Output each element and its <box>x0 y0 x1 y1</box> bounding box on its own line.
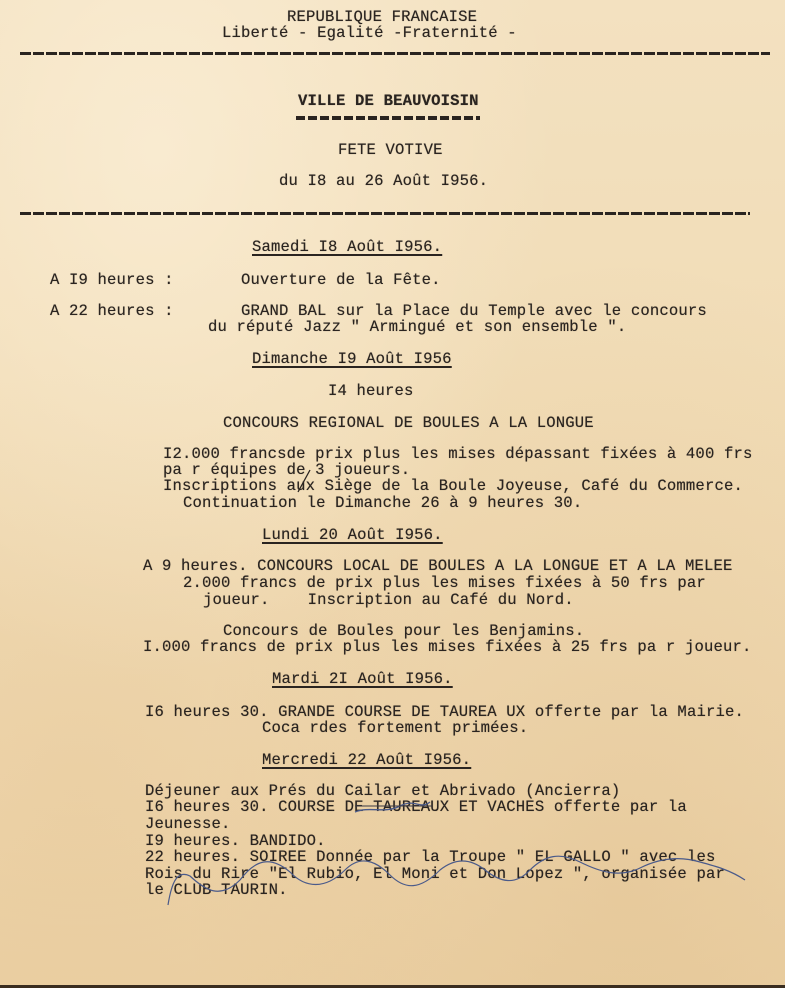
day-heading-mardi: Mardi 2I Août I956. <box>272 670 453 688</box>
title-divider <box>20 212 750 215</box>
event-detail: Inscriptions aux Siège de la Boule Joyeu… <box>163 477 743 495</box>
entry-time: A I9 heures : <box>50 271 174 289</box>
day-heading-samedi: Samedi I8 Août I956. <box>252 238 442 256</box>
event-detail: joueur. Inscription au Café du Nord. <box>203 591 574 609</box>
day-heading-lundi: Lundi 20 Août I956. <box>262 526 443 544</box>
event-detail: Coca rdes fortement primées. <box>262 719 528 737</box>
republic-motto: Liberté - Egalité -Fraternité - <box>222 24 517 42</box>
day-heading-mercredi: Mercredi 22 Août I956. <box>262 751 471 769</box>
event-detail: 2.000 francs de prix plus les mises fixé… <box>183 574 706 592</box>
entry-text: Ouverture de la Fête. <box>241 271 441 289</box>
event-title: FETE VOTIVE <box>338 141 443 159</box>
event-detail: Jeunesse. <box>145 815 231 833</box>
entry-text: du réputé Jazz " Armingué et son ensembl… <box>208 318 626 336</box>
title-ornament <box>296 116 480 120</box>
event-time: I4 heures <box>328 382 414 400</box>
event-detail: 22 heures. SOIREE Donnée par la Troupe "… <box>145 848 715 866</box>
town-title: VILLE DE BEAUVOISIN <box>298 92 479 110</box>
event-detail: A 9 heures. CONCOURS LOCAL DE BOULES A L… <box>143 557 732 575</box>
event-detail: I6 heures 30. COURSE DE TAUREAUX ET VACH… <box>145 798 687 816</box>
entry-time: A 22 heures : <box>50 302 174 320</box>
event-detail: I.000 francs de prix plus les mises fixé… <box>143 638 752 656</box>
day-heading-dimanche: Dimanche I9 Août I956 <box>252 350 452 368</box>
event-title: CONCOURS REGIONAL DE BOULES A LA LONGUE <box>223 414 594 432</box>
event-detail: Continuation le Dimanche 26 à 9 heures 3… <box>183 494 582 512</box>
event-detail: le CLUB TAURIN. <box>145 881 288 899</box>
event-dates: du I8 au 26 Août I956. <box>279 172 488 190</box>
header-divider <box>20 52 770 55</box>
